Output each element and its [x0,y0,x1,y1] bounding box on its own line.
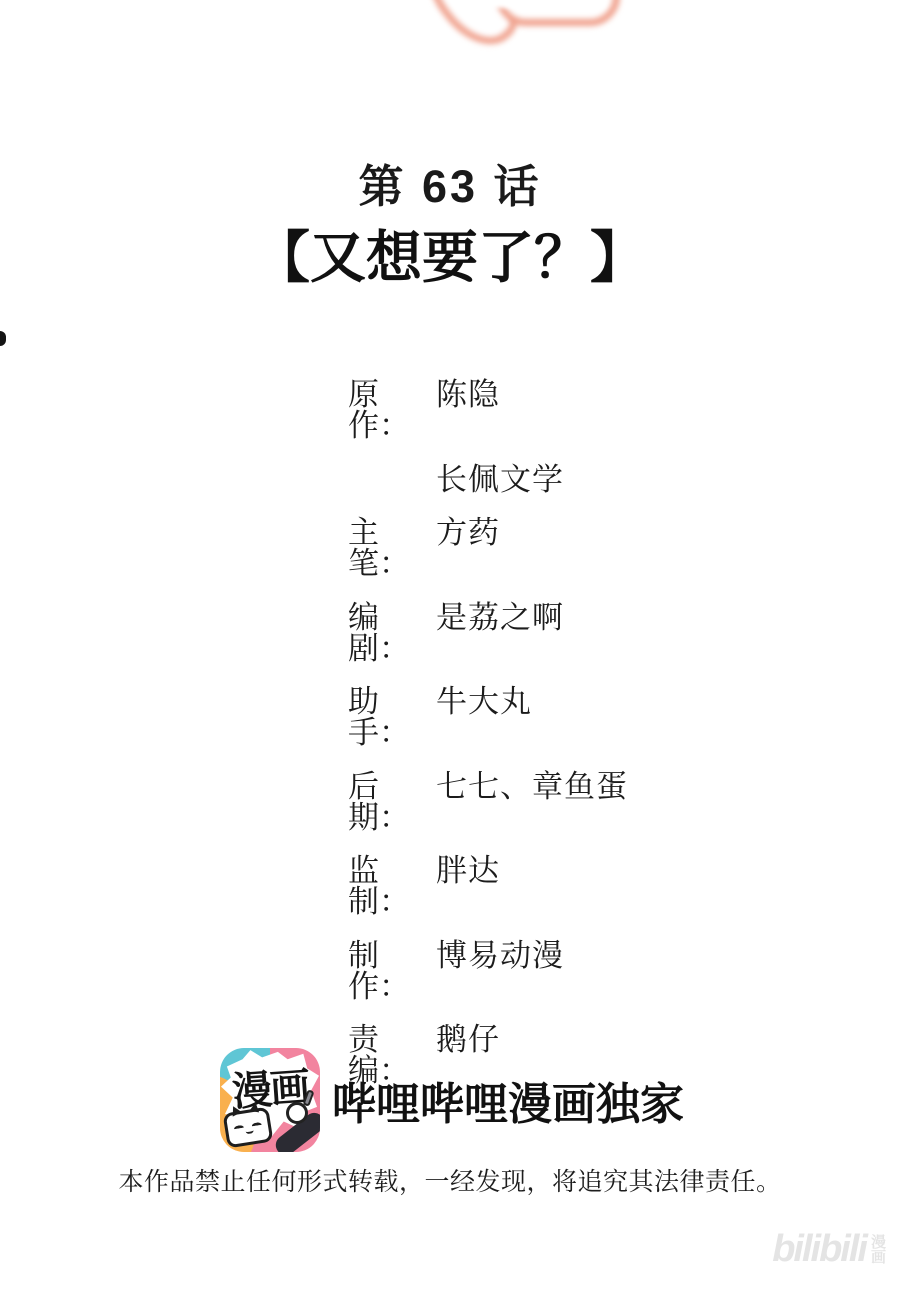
credit-row-lead-artist: 主笔： 方药 [348,517,628,579]
credit-row-post-production: 后期： 七七、章鱼蛋 [348,771,628,833]
footer-branding: 漫画 哔哩哔哩漫画独家 [220,1048,684,1152]
credit-row-screenwriter: 编剧： 是荔之啊 [348,602,628,664]
credit-value: 胖达 [436,855,500,917]
tv-mouth-icon [245,1127,254,1134]
credit-label: 监制： [348,855,436,917]
tv-eye-icon [234,1125,245,1132]
credit-value: 长佩文学 [436,464,564,495]
credit-value: 陈隐 [436,379,500,441]
tv-mascot-icon [223,1107,274,1149]
copyright-disclaimer: 本作品禁止任何形式转载，一经发现，将追究其法律责任。 [0,1162,900,1198]
mascot-fist-icon [286,1102,308,1124]
credit-row-original-source: 长佩文学 [348,464,628,495]
credit-label: 后期： [348,771,436,833]
credit-row-assistant: 助手： 牛大丸 [348,686,628,748]
pink-stroke-fill [455,0,605,8]
credit-label [348,464,436,495]
credit-label: 主笔： [348,517,436,579]
credit-label: 助手： [348,686,436,748]
credit-label: 制作： [348,940,436,1002]
credit-value: 方药 [436,517,500,579]
chapter-title: 【又想要了？】 [0,226,900,290]
credit-value: 七七、章鱼蛋 [436,771,628,833]
chapter-number: 第 63 话 [0,162,900,212]
exclusive-banner-text: 哔哩哔哩漫画独家 [332,1068,684,1132]
manga-watermark-chars: 漫 画 [871,1235,886,1265]
credit-value: 博易动漫 [436,940,564,1002]
bilibili-manga-watermark: bilibili 漫 画 [772,1230,886,1268]
credit-value: 是荔之啊 [436,602,564,664]
manga-watermark-char: 画 [871,1250,886,1265]
credits-list: 原作： 陈隐 长佩文学 主笔： 方药 编剧： 是荔之啊 助手： 牛大丸 后期： … [348,379,628,1109]
tv-ear-icon [249,1102,260,1112]
credit-row-production: 制作： 博易动漫 [348,940,628,1002]
credit-row-supervisor: 监制： 胖达 [348,855,628,917]
bilibili-manga-app-icon: 漫画 [220,1048,320,1152]
manga-watermark-char: 漫 [871,1235,886,1250]
edge-ink-dot [0,331,6,346]
credit-row-original-author: 原作： 陈隐 [348,379,628,441]
credit-label: 原作： [348,379,436,441]
credit-label: 编剧： [348,602,436,664]
manga-credits-page: 第 63 话 【又想要了？】 原作： 陈隐 长佩文学 主笔： 方药 编剧： 是荔… [0,0,900,1292]
top-artwork-remnant [0,0,900,120]
bilibili-logo-text: bilibili [772,1230,866,1268]
credit-value: 牛大丸 [436,686,532,748]
